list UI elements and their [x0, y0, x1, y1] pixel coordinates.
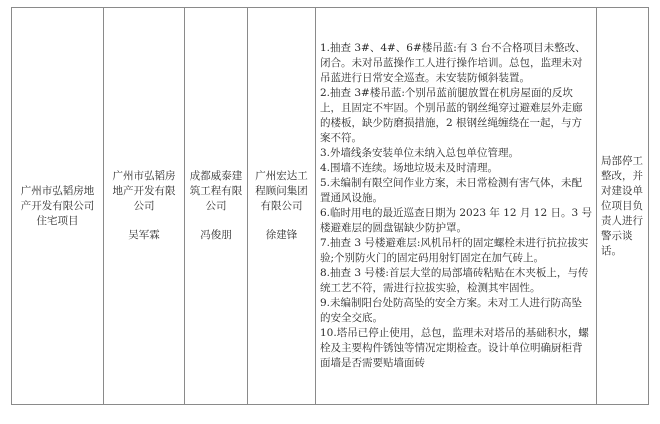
project-cell: 广州市弘韬房地产开发有限公司住宅项目: [12, 8, 104, 405]
issue-item: 8.抽查 3 号楼:首层大堂的局部墙砖粘贴在木夹板上，与传统工艺不符，需进行拉拔…: [320, 266, 592, 296]
supervisor-name: 广州宏达工程顾问集团有限公司: [252, 169, 311, 214]
supervisor-person: 徐建锋: [252, 228, 311, 243]
developer-cell: 广州市弘韬房地产开发有限公司 吴军霖: [104, 8, 185, 405]
table-row: 广州市弘韬房地产开发有限公司住宅项目 广州市弘韬房地产开发有限公司 吴军霖 成都…: [12, 8, 649, 405]
issue-item: 10.塔吊已停止使用，总包，监理未对塔吊的基础积水，螺栓及主要构件锈蚀等情况定期…: [320, 326, 592, 371]
issue-item: 4.围墙不连续。场地垃圾未及时清理。: [320, 161, 592, 176]
action-cell: 局部停工整改，并对建设单位项目负责人进行警示谈话。: [597, 8, 649, 405]
issue-item: 1.抽查 3#、4#、6#楼吊蓝:有 3 台不合格项目未整改、闭合。未对吊蓝操作…: [320, 41, 592, 86]
issue-item: 9.未编制阳台处防高坠的安全方案。未对工人进行防高坠的安全交底。: [320, 296, 592, 326]
project-name: 广州市弘韬房地产开发有限公司住宅项目: [21, 185, 95, 227]
issues-cell: 1.抽查 3#、4#、6#楼吊蓝:有 3 台不合格项目未整改、闭合。未对吊蓝操作…: [316, 8, 597, 405]
contractor-name: 成都威泰建筑工程有限公司: [189, 169, 243, 214]
issue-item: 3.外墙线条安装单位未纳入总包单位管理。: [320, 146, 592, 161]
action-text: 局部停工整改，并对建设单位项目负责人进行警示谈话。: [601, 155, 643, 257]
contractor-person: 冯俊朋: [189, 228, 243, 243]
inspection-table: 广州市弘韬房地产开发有限公司住宅项目 广州市弘韬房地产开发有限公司 吴军霖 成都…: [11, 7, 649, 405]
developer-person: 吴军霖: [108, 228, 180, 243]
issue-item: 5.未编制有限空间作业方案，未日常检测有害气体，未配置通风设施。: [320, 176, 592, 206]
contractor-cell: 成都威泰建筑工程有限公司 冯俊朋: [185, 8, 248, 405]
developer-name: 广州市弘韬房地产开发有限公司: [108, 169, 180, 214]
issue-item: 7.抽查 3 号楼避难层:风机吊杆的固定螺栓未进行抗拉拔实验;个别防火门的固定码…: [320, 236, 592, 266]
issue-item: 6.临时用电的最近巡查日期为 2023 年 12 月 12 日。3 号楼避难层的…: [320, 206, 592, 236]
issue-item: 2.抽查 3#楼吊蓝:个别吊蓝前腿放置在机房屋面的反坎上，且固定不牢固。个别吊蓝…: [320, 86, 592, 146]
supervisor-cell: 广州宏达工程顾问集团有限公司 徐建锋: [248, 8, 316, 405]
